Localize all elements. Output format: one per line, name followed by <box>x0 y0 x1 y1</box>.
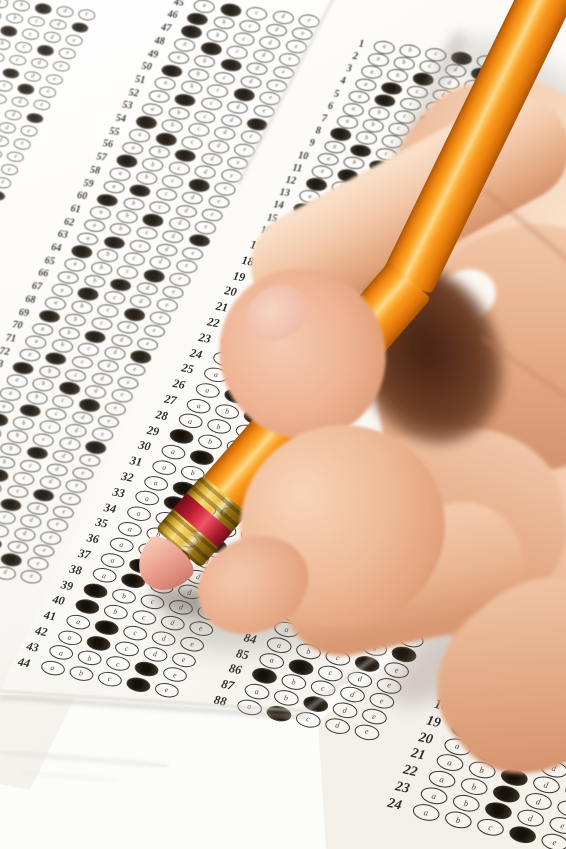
bubble-e: e <box>169 272 192 287</box>
bubble-letter: a <box>376 56 380 63</box>
bubble-letter: e <box>46 89 49 95</box>
bubble-d: d <box>201 152 224 167</box>
bubble-c: c <box>0 106 1 119</box>
question-number: 30 <box>131 437 152 455</box>
bubble-letter: a <box>333 144 337 151</box>
bubble-letter: d <box>342 706 347 714</box>
bubble-letter: e <box>59 63 62 69</box>
bubble-c: c <box>233 32 256 47</box>
bubble-letter: e <box>243 147 247 154</box>
question-number: 54 <box>103 111 126 125</box>
bubble-c-filled: c <box>2 67 20 80</box>
bubble-letter: a <box>76 618 81 626</box>
bubble-e: e <box>117 375 140 390</box>
bubble-a-filled: a <box>168 427 194 445</box>
bubble-c: c <box>161 174 184 189</box>
bubble-c: c <box>136 226 159 241</box>
bubble-b-filled: b <box>155 131 178 146</box>
question-number: 6 <box>316 99 333 112</box>
bubble-d: d <box>84 384 107 399</box>
bubble-letter: a <box>28 352 32 359</box>
bubble-letter: d <box>55 466 59 473</box>
bubble-letter: e <box>159 315 163 322</box>
bubble-letter: e <box>53 76 56 82</box>
bubble-letter: d <box>535 797 541 806</box>
bubble-b-filled: b <box>19 403 42 418</box>
bubble-b: b <box>180 80 203 95</box>
bubble-b: b <box>83 274 106 289</box>
question-number: 58 <box>77 163 100 177</box>
question-number: 65 <box>32 253 55 267</box>
bubble-letter: a <box>60 287 64 294</box>
bubble-c: c <box>52 394 75 409</box>
bubble-letter: d <box>527 814 533 823</box>
bubble-letter: c <box>177 165 181 172</box>
bubble-letter: a <box>112 184 116 191</box>
question-number: 33 <box>105 483 126 501</box>
question-number: 12 <box>279 174 296 187</box>
question-number: 32 <box>114 468 135 486</box>
bubble-letter: a <box>183 42 187 49</box>
bubble-a: a <box>141 102 164 117</box>
question-number: 7 <box>310 111 327 124</box>
bubble-letter: e <box>27 128 30 134</box>
bubble-a: a <box>108 535 134 553</box>
bubble-letter: a <box>345 119 349 126</box>
bubble-letter: b <box>352 160 356 167</box>
bubble-b: b <box>58 325 81 340</box>
bubble-letter: b <box>408 48 412 55</box>
question-number: 36 <box>80 529 101 547</box>
question-number: 56 <box>90 137 113 151</box>
bubble-a: a <box>0 399 15 414</box>
bubble-letter: b <box>121 592 126 600</box>
bubble-e: e <box>91 427 114 442</box>
bubble-b: b <box>167 106 190 121</box>
bubble-letter: d <box>57 21 61 27</box>
bubble-letter: c <box>132 256 136 263</box>
bubble-letter: b <box>132 200 136 207</box>
bubble-letter: d <box>236 104 240 111</box>
bubble-d: d <box>52 449 75 464</box>
question-number: 47 <box>148 21 171 35</box>
bubble-e: e <box>298 13 321 28</box>
bubble-a: a <box>51 283 74 298</box>
bubble-letter: e <box>30 573 34 580</box>
bubble-c: c <box>71 355 94 370</box>
bubble-b: b <box>142 157 165 172</box>
bubble-c: c <box>77 342 100 357</box>
bubble-letter: e <box>262 108 266 115</box>
bubble-a: a <box>143 474 169 492</box>
bubble-a: a <box>109 166 132 181</box>
bubble-c: c <box>96 670 122 688</box>
bubble-letter: b <box>471 782 477 791</box>
bubble-c: c <box>207 83 230 98</box>
question-number: 14 <box>267 199 284 212</box>
bubble-letter: a <box>431 791 437 800</box>
bubble-a-filled: a <box>135 115 158 130</box>
bubble-letter: d <box>191 195 195 202</box>
bubble-a: a <box>0 386 22 401</box>
bubble-a: a <box>177 412 203 430</box>
question-number: 38 <box>62 560 83 578</box>
bubble-e: e <box>259 91 282 106</box>
bubble-e: e <box>46 517 69 532</box>
bubble-letter: e <box>560 821 566 830</box>
bubble-letter: d <box>203 169 207 176</box>
bubble-letter: b <box>216 32 220 39</box>
bubble-d: d <box>20 514 43 529</box>
bubble-letter: b <box>151 162 155 169</box>
bubble-d: d <box>30 57 48 70</box>
bubble-letter: b <box>125 213 129 220</box>
bubble-b: b <box>135 170 158 185</box>
bubble-letter: b <box>99 265 103 272</box>
bubble-letter: a <box>327 156 331 163</box>
bubble-b: b <box>90 261 113 276</box>
bubble-letter: a <box>2 404 6 411</box>
bubble-c: c <box>213 70 236 85</box>
bubble-b: b <box>51 338 74 353</box>
question-number: 71 <box>0 331 17 345</box>
bubble-a: a <box>25 335 48 350</box>
bubble-a-filled: a <box>70 244 93 259</box>
bubble-letter: d <box>23 531 27 538</box>
bubble-d-filled: d <box>33 488 56 503</box>
bubble-c: c <box>116 264 139 279</box>
bubble-c-filled: c <box>220 58 243 73</box>
bubble-letter: a <box>320 169 324 176</box>
bubble-letter: b <box>20 2 24 8</box>
bubble-letter: e <box>204 224 208 231</box>
bubble-a: a <box>102 179 125 194</box>
bubble-b: b <box>0 51 5 64</box>
question-number: 63 <box>45 227 68 241</box>
bubble-letter: a <box>439 775 445 784</box>
bubble-letter: a <box>110 556 115 564</box>
question-number: 3 <box>335 62 352 75</box>
question-number: 4 <box>329 74 346 87</box>
bubble-letter: e <box>178 276 182 283</box>
bubble-letter: d <box>335 722 340 730</box>
bubble-d: d <box>155 242 178 257</box>
bubble-a: a <box>167 50 190 65</box>
bubble-e: e <box>240 130 263 145</box>
bubble-d: d <box>58 436 81 451</box>
bubble-letter: d <box>255 66 259 73</box>
bubble-d: d <box>43 31 61 44</box>
question-number: 19 <box>226 267 247 285</box>
bubble-letter: b <box>283 694 288 702</box>
bubble-d: d <box>65 423 88 438</box>
bubble-e-filled: e <box>0 189 6 202</box>
bubble-b-filled: b <box>129 183 152 198</box>
bubble-b-filled: b <box>0 467 9 482</box>
bubble-letter: e <box>552 838 558 847</box>
bubble-letter: c <box>203 114 207 121</box>
bubble-letter: c <box>16 488 20 495</box>
bubble-letter: b <box>0 41 4 47</box>
bubble-c: c <box>13 471 36 486</box>
question-number: 43 <box>19 637 40 655</box>
bubble-letter: a <box>176 55 180 62</box>
bubble-a: a <box>151 458 177 476</box>
bubble-letter: b <box>41 381 45 388</box>
bubble-letter: e <box>49 535 53 542</box>
question-number: 62 <box>52 214 75 228</box>
bubble-c: c <box>8 54 26 67</box>
bubble-e: e <box>143 323 166 338</box>
bubble-b: b <box>0 38 11 51</box>
bubble-d-filled: d <box>125 676 151 694</box>
bubble-letter: c <box>242 36 246 43</box>
bubble-letter: b <box>2 459 6 466</box>
bubble-d: d <box>149 255 172 270</box>
bubble-letter: a <box>8 391 12 398</box>
bubble-e: e <box>156 298 179 313</box>
bubble-c: c <box>114 639 140 657</box>
bubble-letter: d <box>31 73 35 79</box>
bubble-b-filled: b <box>174 93 197 108</box>
question-number: 50 <box>129 59 152 73</box>
bubble-letter: a <box>15 378 19 385</box>
question-number: 72 <box>0 344 10 358</box>
bubble-d: d <box>0 565 16 580</box>
bubble-letter: a <box>119 541 124 549</box>
bubble-a: a <box>6 373 29 388</box>
bubble-letter: d <box>94 389 98 396</box>
question-number: 24 <box>183 344 204 362</box>
bubble-letter: c <box>80 359 84 366</box>
bubble-letter: d <box>447 80 451 87</box>
bubble-letter: b <box>306 647 311 655</box>
bubble-d: d <box>136 281 159 296</box>
bubble-letter: d <box>350 691 355 699</box>
bubble-d: d <box>13 527 36 542</box>
bubble-b-filled: b <box>0 25 18 38</box>
bubble-e: e <box>214 181 237 196</box>
bubble-letter: d <box>249 79 253 86</box>
bubble-a-filled: a <box>82 582 108 600</box>
question-number: 11 <box>285 161 302 174</box>
bubble-letter: d <box>184 208 188 215</box>
bubble-e: e <box>0 163 18 176</box>
bubble-d-filled: d <box>78 397 101 412</box>
bubble-e: e <box>33 543 56 558</box>
bubble-letter: a <box>73 261 77 268</box>
question-number: 57 <box>84 150 107 164</box>
bubble-letter: b <box>463 799 469 808</box>
bubble-letter: a <box>67 274 71 281</box>
bubble-letter: a <box>351 106 355 113</box>
bubble-d-filled: d <box>37 44 55 57</box>
bubble-letter: a <box>247 703 252 711</box>
bubble-letter: c <box>106 308 110 315</box>
bubble-letter: a <box>163 80 167 87</box>
question-number: 88 <box>205 691 228 710</box>
bubble-letter: c <box>142 613 147 621</box>
bubble-letter: a <box>99 210 103 217</box>
bubble-letter: e <box>173 671 178 679</box>
bubble-c: c <box>181 135 204 150</box>
bubble-e: e <box>220 168 243 183</box>
bubble-letter: e <box>1 180 4 186</box>
bubble-letter: e <box>236 160 240 167</box>
bubble-e: e <box>182 246 205 261</box>
bubble-letter: e <box>230 173 234 180</box>
bubble-letter: d <box>119 337 123 344</box>
question-number: 53 <box>110 98 133 112</box>
bubble-letter: c <box>397 126 401 133</box>
bubble-c: c <box>294 710 322 730</box>
bubble-e: e <box>201 207 224 222</box>
bubble-letter: e <box>164 686 169 694</box>
bubble-letter: e <box>288 56 292 63</box>
question-number: 67 <box>19 279 42 293</box>
bubble-e-filled: e <box>85 440 108 455</box>
bubble-letter: b <box>222 19 226 26</box>
bubble-d: d <box>214 126 237 141</box>
bubble-e: e <box>111 388 134 403</box>
bubble-c: c <box>103 290 126 305</box>
bubble-d: d <box>246 61 269 76</box>
bubble-e: e <box>0 176 12 189</box>
bubble-letter: e <box>126 380 130 387</box>
bubble-letter: a <box>370 69 374 76</box>
question-number: 8 <box>304 124 321 137</box>
bubble-c: c <box>149 200 172 215</box>
bubble-letter: b <box>157 149 161 156</box>
bubble-letter: e <box>72 37 75 43</box>
bubble-letter: e <box>120 392 124 399</box>
bubble-letter: e <box>294 43 298 50</box>
bubble-c: c <box>200 96 223 111</box>
bubble-e: e <box>27 556 50 571</box>
bubble-c: c <box>131 608 157 626</box>
bubble-letter: e <box>372 712 377 720</box>
bubble-d: d <box>91 371 114 386</box>
bubble-b: b <box>213 15 236 30</box>
bubble-b: b <box>148 144 171 159</box>
bubble-letter: c <box>487 823 493 832</box>
photo-scantron-scene: abcdeabcdeabcdeabcdeabcdeabcdeabcdeabcde… <box>0 0 566 849</box>
bubble-a-filled: a <box>115 154 138 169</box>
bubble-letter: b <box>13 15 17 21</box>
bubble-letter: d <box>165 247 169 254</box>
question-number: 25 <box>174 360 195 378</box>
bubble-letter: e <box>66 50 69 56</box>
bubble-a: a <box>174 37 197 52</box>
bubble-c: c <box>90 316 113 331</box>
bubble-letter: b <box>78 670 83 678</box>
bubble-e: e <box>78 453 101 468</box>
bubble-c: c <box>0 510 16 525</box>
bubble-a: a <box>160 443 186 461</box>
bubble-letter: b <box>207 438 212 446</box>
bubble-b-filled: b <box>219 2 242 17</box>
bubble-a: a <box>77 231 100 246</box>
bubble-c: c <box>105 655 131 673</box>
bubble-letter: a <box>54 300 58 307</box>
bubble-a: a <box>128 128 151 143</box>
bubble-letter: b <box>80 304 84 311</box>
bubble-letter: e <box>20 141 23 147</box>
bubble-letter: e <box>146 341 150 348</box>
bubble-a: a <box>235 697 263 717</box>
bubble-c: c <box>129 239 152 254</box>
bubble-letter: c <box>107 675 112 683</box>
bubble-d: d <box>265 22 288 37</box>
question-number: 28 <box>148 406 169 424</box>
bubble-a: a <box>100 551 126 569</box>
bubble-letter: d <box>158 259 162 266</box>
bubble-letter: a <box>131 145 135 152</box>
bubble-d: d <box>130 294 153 309</box>
bubble-d: d <box>194 165 217 180</box>
question-number: 55 <box>97 124 120 138</box>
bubble-b: b <box>122 196 145 211</box>
bubble-letter: c <box>55 411 59 418</box>
bubble-e: e <box>175 259 198 274</box>
bubble-letter: e <box>181 655 186 663</box>
bubble-c: c <box>226 45 249 60</box>
bubble-letter: d <box>171 234 175 241</box>
bubble-letter: a <box>202 3 206 10</box>
bubble-letter: b <box>402 60 406 67</box>
bubble-letter: b <box>455 815 461 824</box>
question-number: 34 <box>97 499 118 517</box>
bubble-e: e <box>279 52 302 67</box>
bubble-e: e <box>285 39 308 54</box>
bubble-d: d <box>0 134 10 147</box>
bubble-e: e <box>32 99 50 112</box>
bubble-letter: d <box>50 34 54 40</box>
bubble-letter: a <box>102 571 107 579</box>
bubble-c-filled: c <box>84 329 107 344</box>
bubble-letter: e <box>68 496 72 503</box>
bubble-a: a <box>44 296 67 311</box>
bubble-c: c <box>245 6 268 21</box>
bubble-e: e <box>123 362 146 377</box>
bubble-letter: d <box>262 53 266 60</box>
bubble-e: e <box>52 60 70 73</box>
bubble-b: b <box>102 603 128 621</box>
bubble-e-filled: e <box>188 233 211 248</box>
bubble-letter: c <box>100 320 104 327</box>
bubble-letter: c <box>434 51 438 58</box>
bubble-letter: e <box>8 167 11 173</box>
bubble-a: a <box>186 396 212 414</box>
bubble-c-filled: c <box>34 2 52 15</box>
bubble-letter: c <box>42 437 46 444</box>
bubble-b: b <box>206 417 232 435</box>
bubble-e: e <box>136 336 159 351</box>
bubble-letter: c <box>305 715 310 723</box>
question-number: 10 <box>292 149 309 162</box>
bubble-letter: d <box>210 156 214 163</box>
bubble-letter: c <box>61 398 65 405</box>
question-number: 39 <box>54 576 75 594</box>
bubble-letter: d <box>139 298 143 305</box>
bubble-e: e <box>52 504 75 519</box>
bubble-c-filled: c <box>26 445 49 460</box>
bubble-a: a <box>48 644 74 662</box>
bubble-e: e <box>272 65 295 80</box>
bubble-letter: e <box>152 328 156 335</box>
bubble-letter: e <box>133 367 137 374</box>
question-number: 21 <box>209 298 230 316</box>
